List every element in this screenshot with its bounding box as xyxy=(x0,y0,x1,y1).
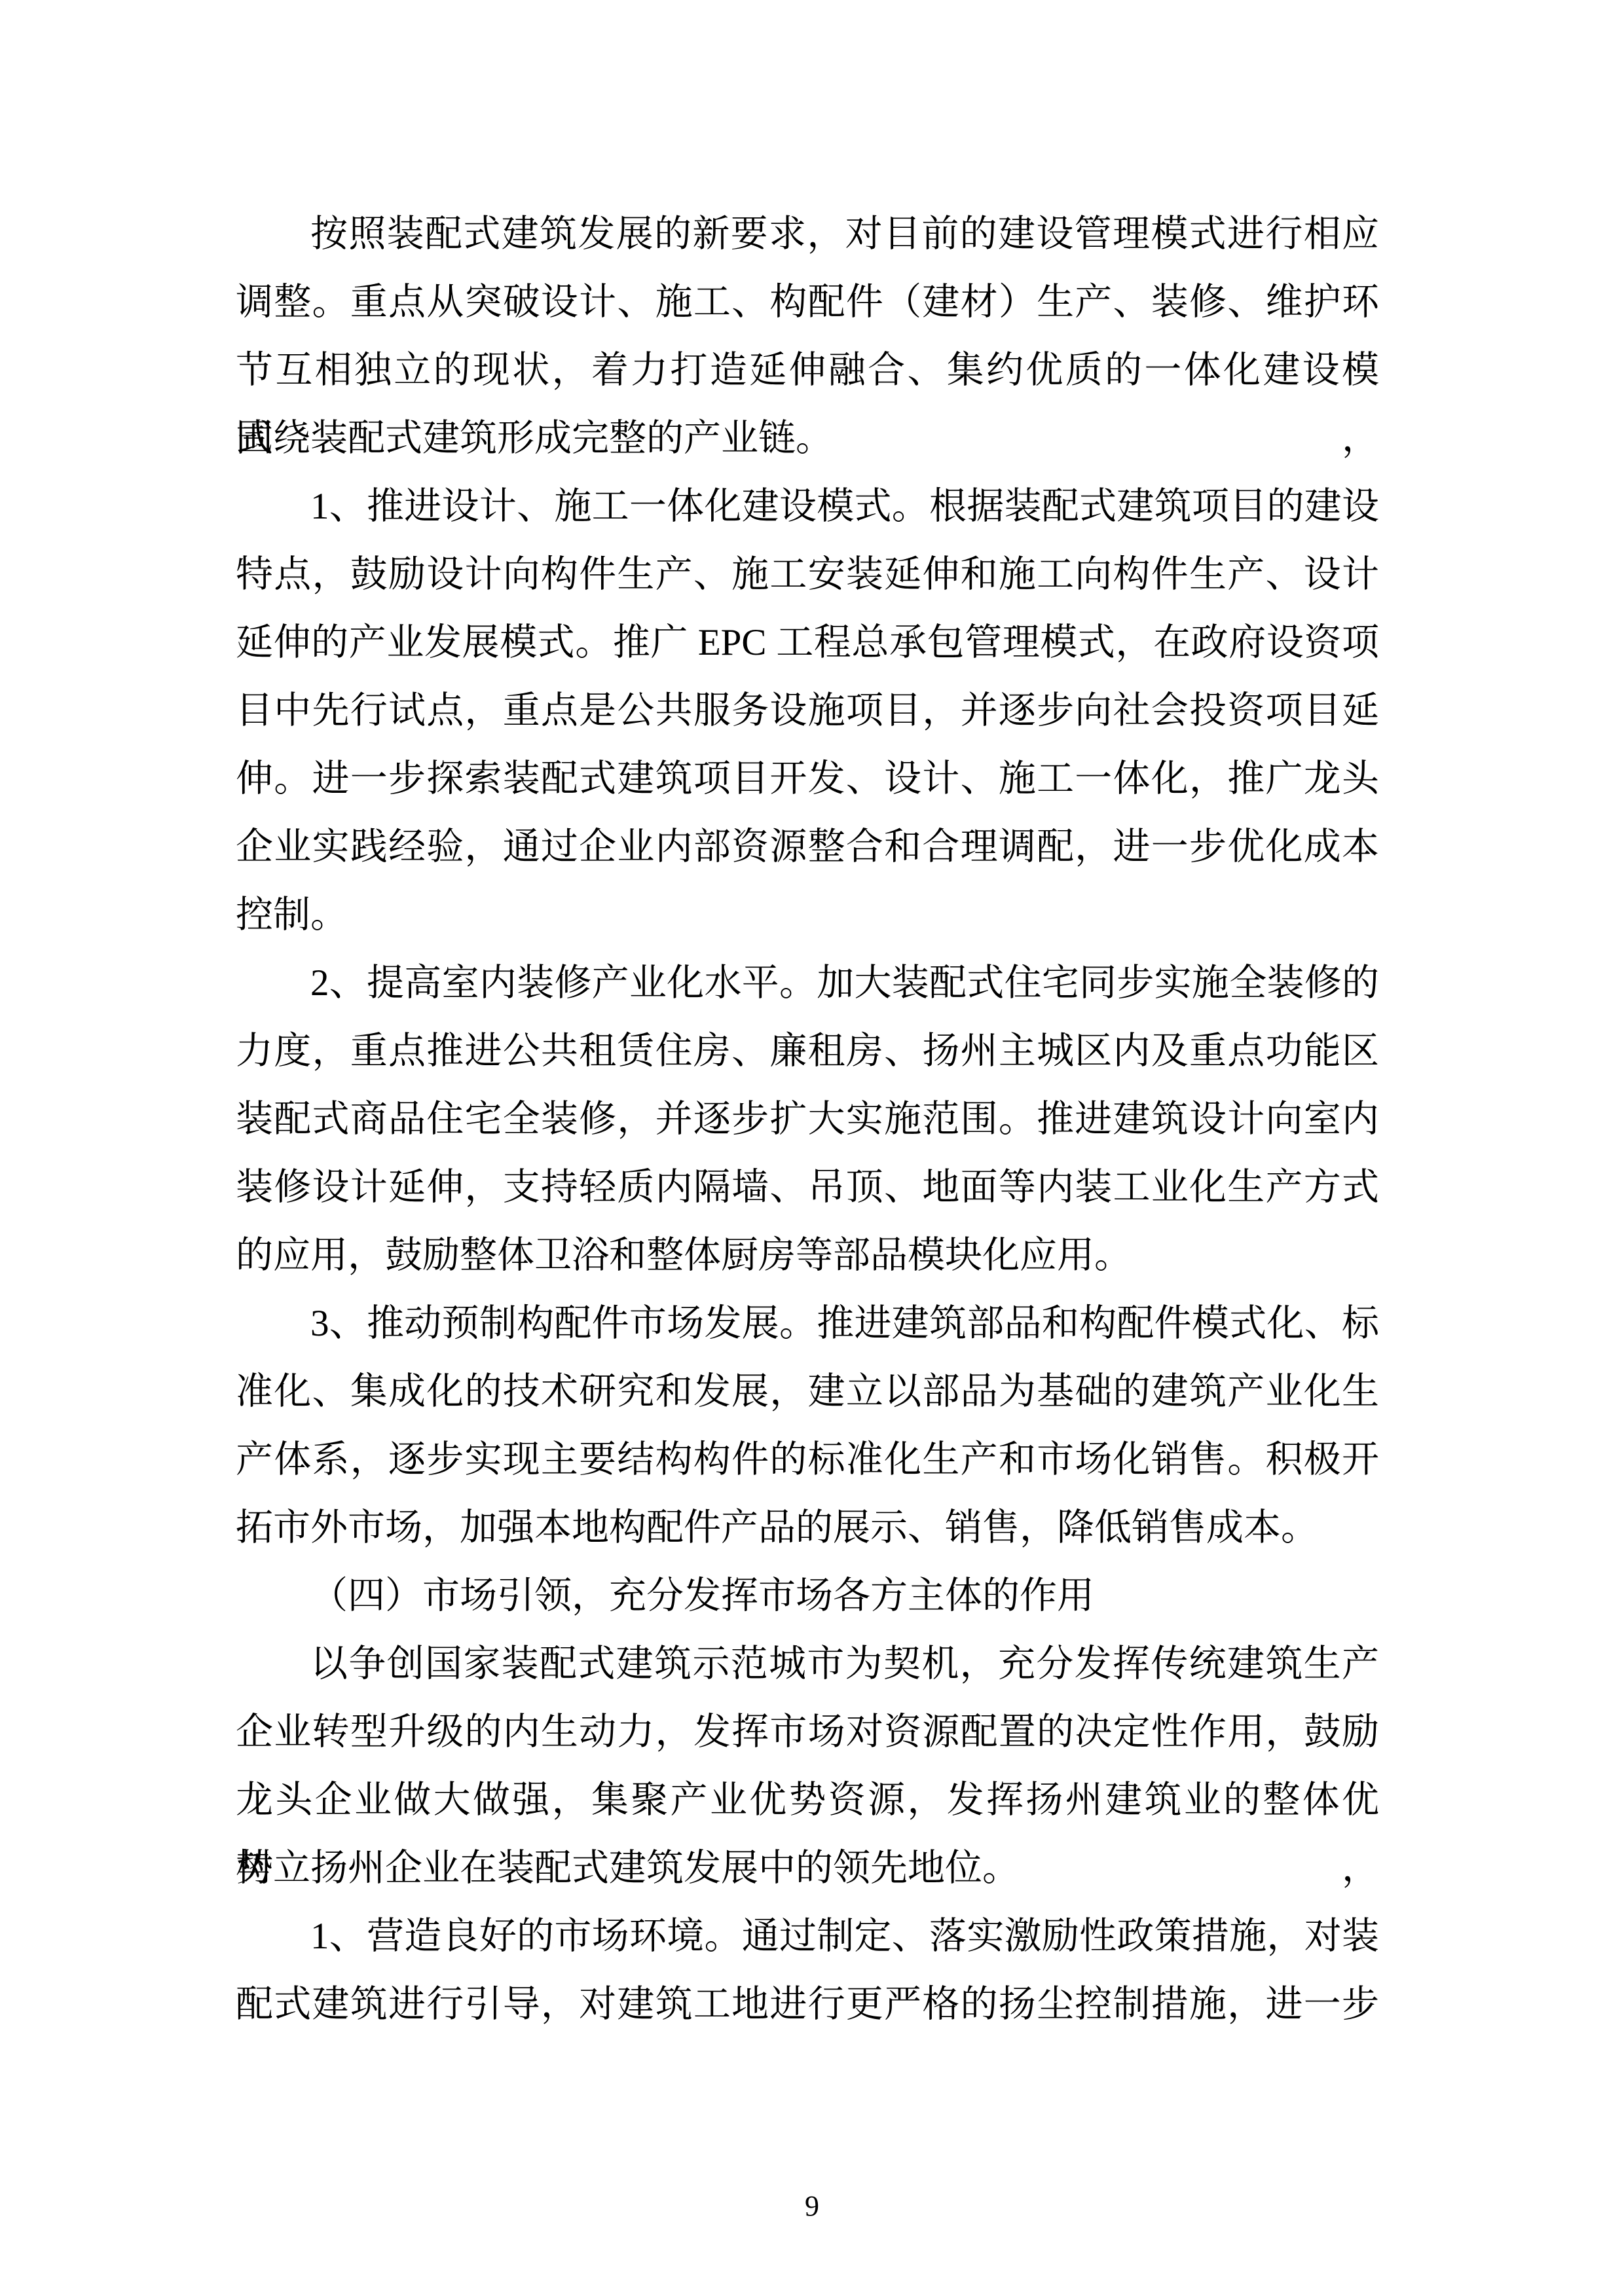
text-line: 2、提高室内装修产业化水平。加大装配式住宅同步实施全装修的 xyxy=(236,949,1379,1017)
document-page: 按照装配式建筑发展的新要求，对目前的建设管理模式进行相应 调整。重点从突破设计、… xyxy=(0,0,1624,2296)
text-line: 装修设计延伸，支持轻质内隔墙、吊顶、地面等内装工业化生产方式 xyxy=(236,1154,1379,1222)
text-line: 以争创国家装配式建筑示范城市为契机，充分发挥传统建筑生产 xyxy=(236,1630,1379,1698)
page-number: 9 xyxy=(0,2187,1624,2226)
text-line: 节互相独立的现状，着力打造延伸融合、集约优质的一体化建设模式， xyxy=(236,337,1379,405)
text-line: 延伸的产业发展模式。推广 EPC 工程总承包管理模式，在政府设资项 xyxy=(236,609,1379,677)
text-line: 产体系，逐步实现主要结构构件的标准化生产和市场化销售。积极开 xyxy=(236,1426,1379,1494)
text-line: 拓市外市场，加强本地构配件产品的展示、销售，降低销售成本。 xyxy=(236,1494,1379,1562)
text-line: 调整。重点从突破设计、施工、构配件（建材）生产、装修、维护环 xyxy=(236,268,1379,337)
text-line: 企业实践经验，通过企业内部资源整合和合理调配，进一步优化成本 xyxy=(236,813,1379,881)
document-text-block: 按照装配式建筑发展的新要求，对目前的建设管理模式进行相应 调整。重点从突破设计、… xyxy=(236,200,1379,2039)
text-line: 伸。进一步探索装配式建筑项目开发、设计、施工一体化，推广龙头 xyxy=(236,745,1379,813)
text-line: 按照装配式建筑发展的新要求，对目前的建设管理模式进行相应 xyxy=(236,200,1379,268)
text-line: 的应用，鼓励整体卫浴和整体厨房等部品模块化应用。 xyxy=(236,1222,1379,1290)
text-line: 目中先行试点，重点是公共服务设施项目，并逐步向社会投资项目延 xyxy=(236,677,1379,745)
text-line: 特点，鼓励设计向构件生产、施工安装延伸和施工向构件生产、设计 xyxy=(236,541,1379,609)
text-line: 1、营造良好的市场环境。通过制定、落实激励性政策措施，对装 xyxy=(236,1903,1379,1971)
text-line: 龙头企业做大做强，集聚产业优势资源，发挥扬州建筑业的整体优势， xyxy=(236,1766,1379,1834)
text-line: 1、推进设计、施工一体化建设模式。根据装配式建筑项目的建设 xyxy=(236,473,1379,541)
text-line: （四）市场引领，充分发挥市场各方主体的作用 xyxy=(236,1562,1379,1630)
text-line: 3、推动预制构配件市场发展。推进建筑部品和构配件模式化、标 xyxy=(236,1290,1379,1358)
text-line: 配式建筑进行引导，对建筑工地进行更严格的扬尘控制措施，进一步 xyxy=(236,1971,1379,2039)
text-line: 准化、集成化的技术研究和发展，建立以部品为基础的建筑产业化生 xyxy=(236,1358,1379,1426)
text-line: 企业转型升级的内生动力，发挥市场对资源配置的决定性作用，鼓励 xyxy=(236,1698,1379,1766)
text-line: 力度，重点推进公共租赁住房、廉租房、扬州主城区内及重点功能区 xyxy=(236,1017,1379,1085)
text-line: 装配式商品住宅全装修，并逐步扩大实施范围。推进建筑设计向室内 xyxy=(236,1085,1379,1154)
text-line: 控制。 xyxy=(236,881,1379,949)
